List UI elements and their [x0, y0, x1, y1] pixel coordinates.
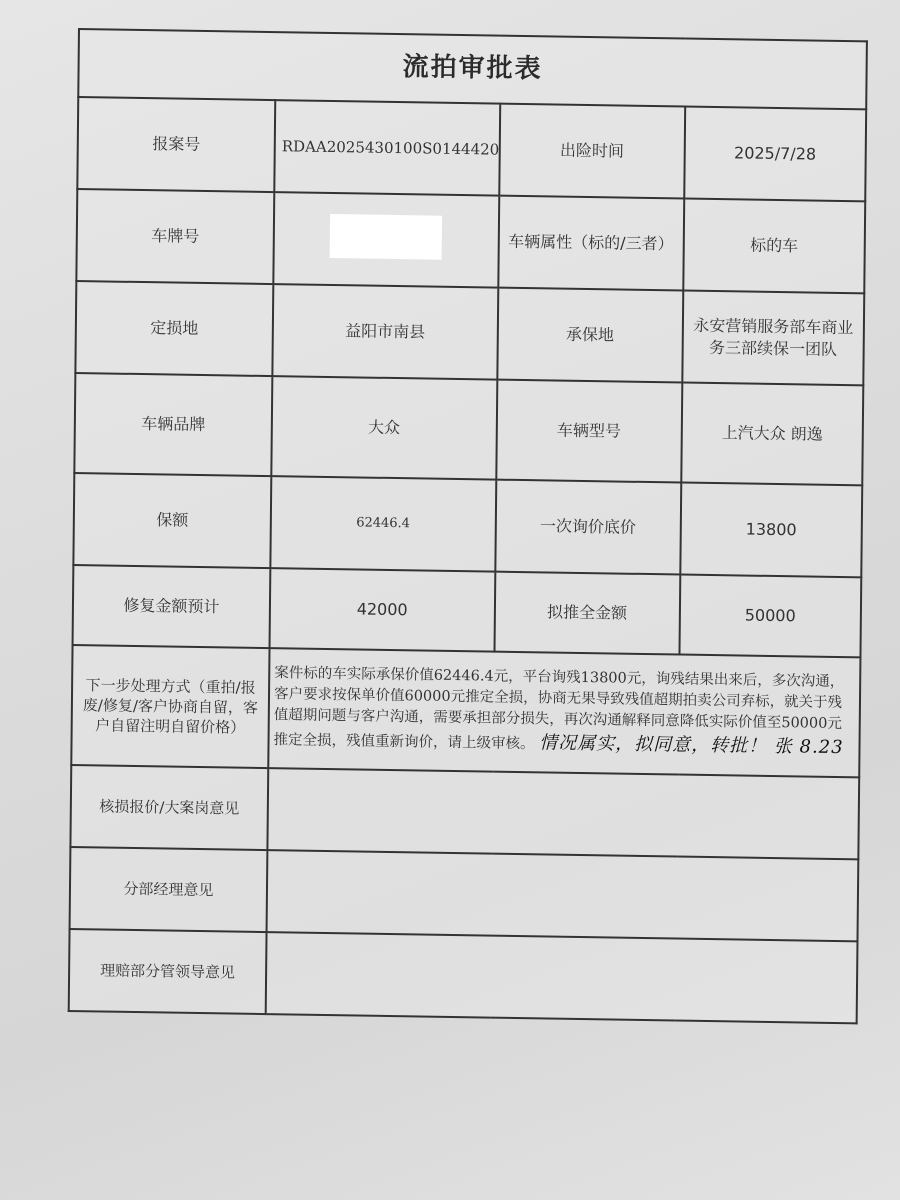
row-license-plate: 车牌号 车辆属性（标的/三者） 标的车 — [76, 189, 865, 293]
value-vehicle-attribute: 标的车 — [683, 199, 865, 294]
value-branch-manager-opinion — [267, 850, 859, 941]
row-vehicle-brand: 车辆品牌 大众 车辆型号 上汽大众 朗逸 — [74, 373, 863, 485]
value-claims-leader-opinion — [266, 932, 858, 1023]
label-vehicle-brand: 车辆品牌 — [74, 373, 272, 476]
approval-form-sheet: 流拍审批表 报案号 RDAA2025430100S0144420 出险时间 20… — [68, 28, 868, 1015]
label-insured-amount: 保额 — [73, 473, 271, 568]
handwritten-approval-note: 情况属实，拟同意，转批！ 张 8.23 — [539, 733, 844, 759]
row-loss-location: 定损地 益阳市南县 承保地 永安营销服务部车商业务三部续保一团队 — [75, 281, 864, 385]
value-accident-date: 2025/7/28 — [684, 107, 866, 202]
value-license-plate — [273, 192, 499, 288]
label-total-loss-amount: 拟推全金额 — [494, 572, 680, 655]
value-vehicle-brand: 大众 — [271, 376, 497, 480]
approval-form-table: 流拍审批表 报案号 RDAA2025430100S0144420 出险时间 20… — [68, 28, 868, 1024]
value-repair-estimate: 42000 — [270, 568, 495, 652]
value-loss-assessment-opinion — [267, 768, 859, 859]
label-vehicle-attribute: 车辆属性（标的/三者） — [498, 196, 684, 291]
row-insured-amount: 保额 62446.4 一次询价底价 13800 — [73, 473, 862, 577]
label-accident-date: 出险时间 — [499, 104, 685, 199]
label-license-plate: 车牌号 — [76, 189, 274, 284]
label-repair-estimate: 修复金额预计 — [73, 565, 271, 648]
row-branch-manager-opinion: 分部经理意见 — [70, 847, 859, 941]
value-case-number: RDAA2025430100S0144420 — [274, 100, 500, 196]
value-insured-amount: 62446.4 — [270, 476, 496, 572]
value-total-loss-amount: 50000 — [679, 575, 861, 658]
next-step-remark: 案件标的车实际承保价值62446.4元，平台询残13800元，询残结果出来后，多… — [268, 648, 860, 777]
row-next-step: 下一步处理方式（重拍/报废/修复/客户协商自留，客户自留注明自留价格） 案件标的… — [71, 645, 860, 777]
row-case-number: 报案号 RDAA2025430100S0144420 出险时间 2025/7/2… — [77, 97, 866, 201]
value-loss-location: 益阳市南县 — [272, 284, 498, 380]
label-loss-location: 定损地 — [75, 281, 273, 376]
value-first-quote-floor: 13800 — [680, 483, 862, 578]
label-branch-manager-opinion: 分部经理意见 — [70, 847, 268, 932]
row-repair-estimate: 修复金额预计 42000 拟推全金额 50000 — [73, 565, 862, 657]
label-case-number: 报案号 — [77, 97, 275, 192]
redaction-box — [330, 214, 442, 260]
label-underwriting-location: 承保地 — [497, 288, 683, 383]
label-next-step: 下一步处理方式（重拍/报废/修复/客户协商自留，客户自留注明自留价格） — [71, 645, 269, 768]
row-loss-assessment-opinion: 核损报价/大案岗意见 — [70, 765, 859, 859]
label-loss-assessment-opinion: 核损报价/大案岗意见 — [70, 765, 268, 850]
value-underwriting-location: 永安营销服务部车商业务三部续保一团队 — [682, 291, 864, 386]
label-claims-leader-opinion: 理赔部分管领导意见 — [69, 929, 267, 1014]
value-vehicle-model: 上汽大众 朗逸 — [681, 383, 863, 486]
row-claims-leader-opinion: 理赔部分管领导意见 — [69, 929, 858, 1023]
form-title: 流拍审批表 — [78, 29, 867, 109]
label-vehicle-model: 车辆型号 — [496, 380, 682, 483]
label-first-quote-floor: 一次询价底价 — [495, 480, 681, 575]
